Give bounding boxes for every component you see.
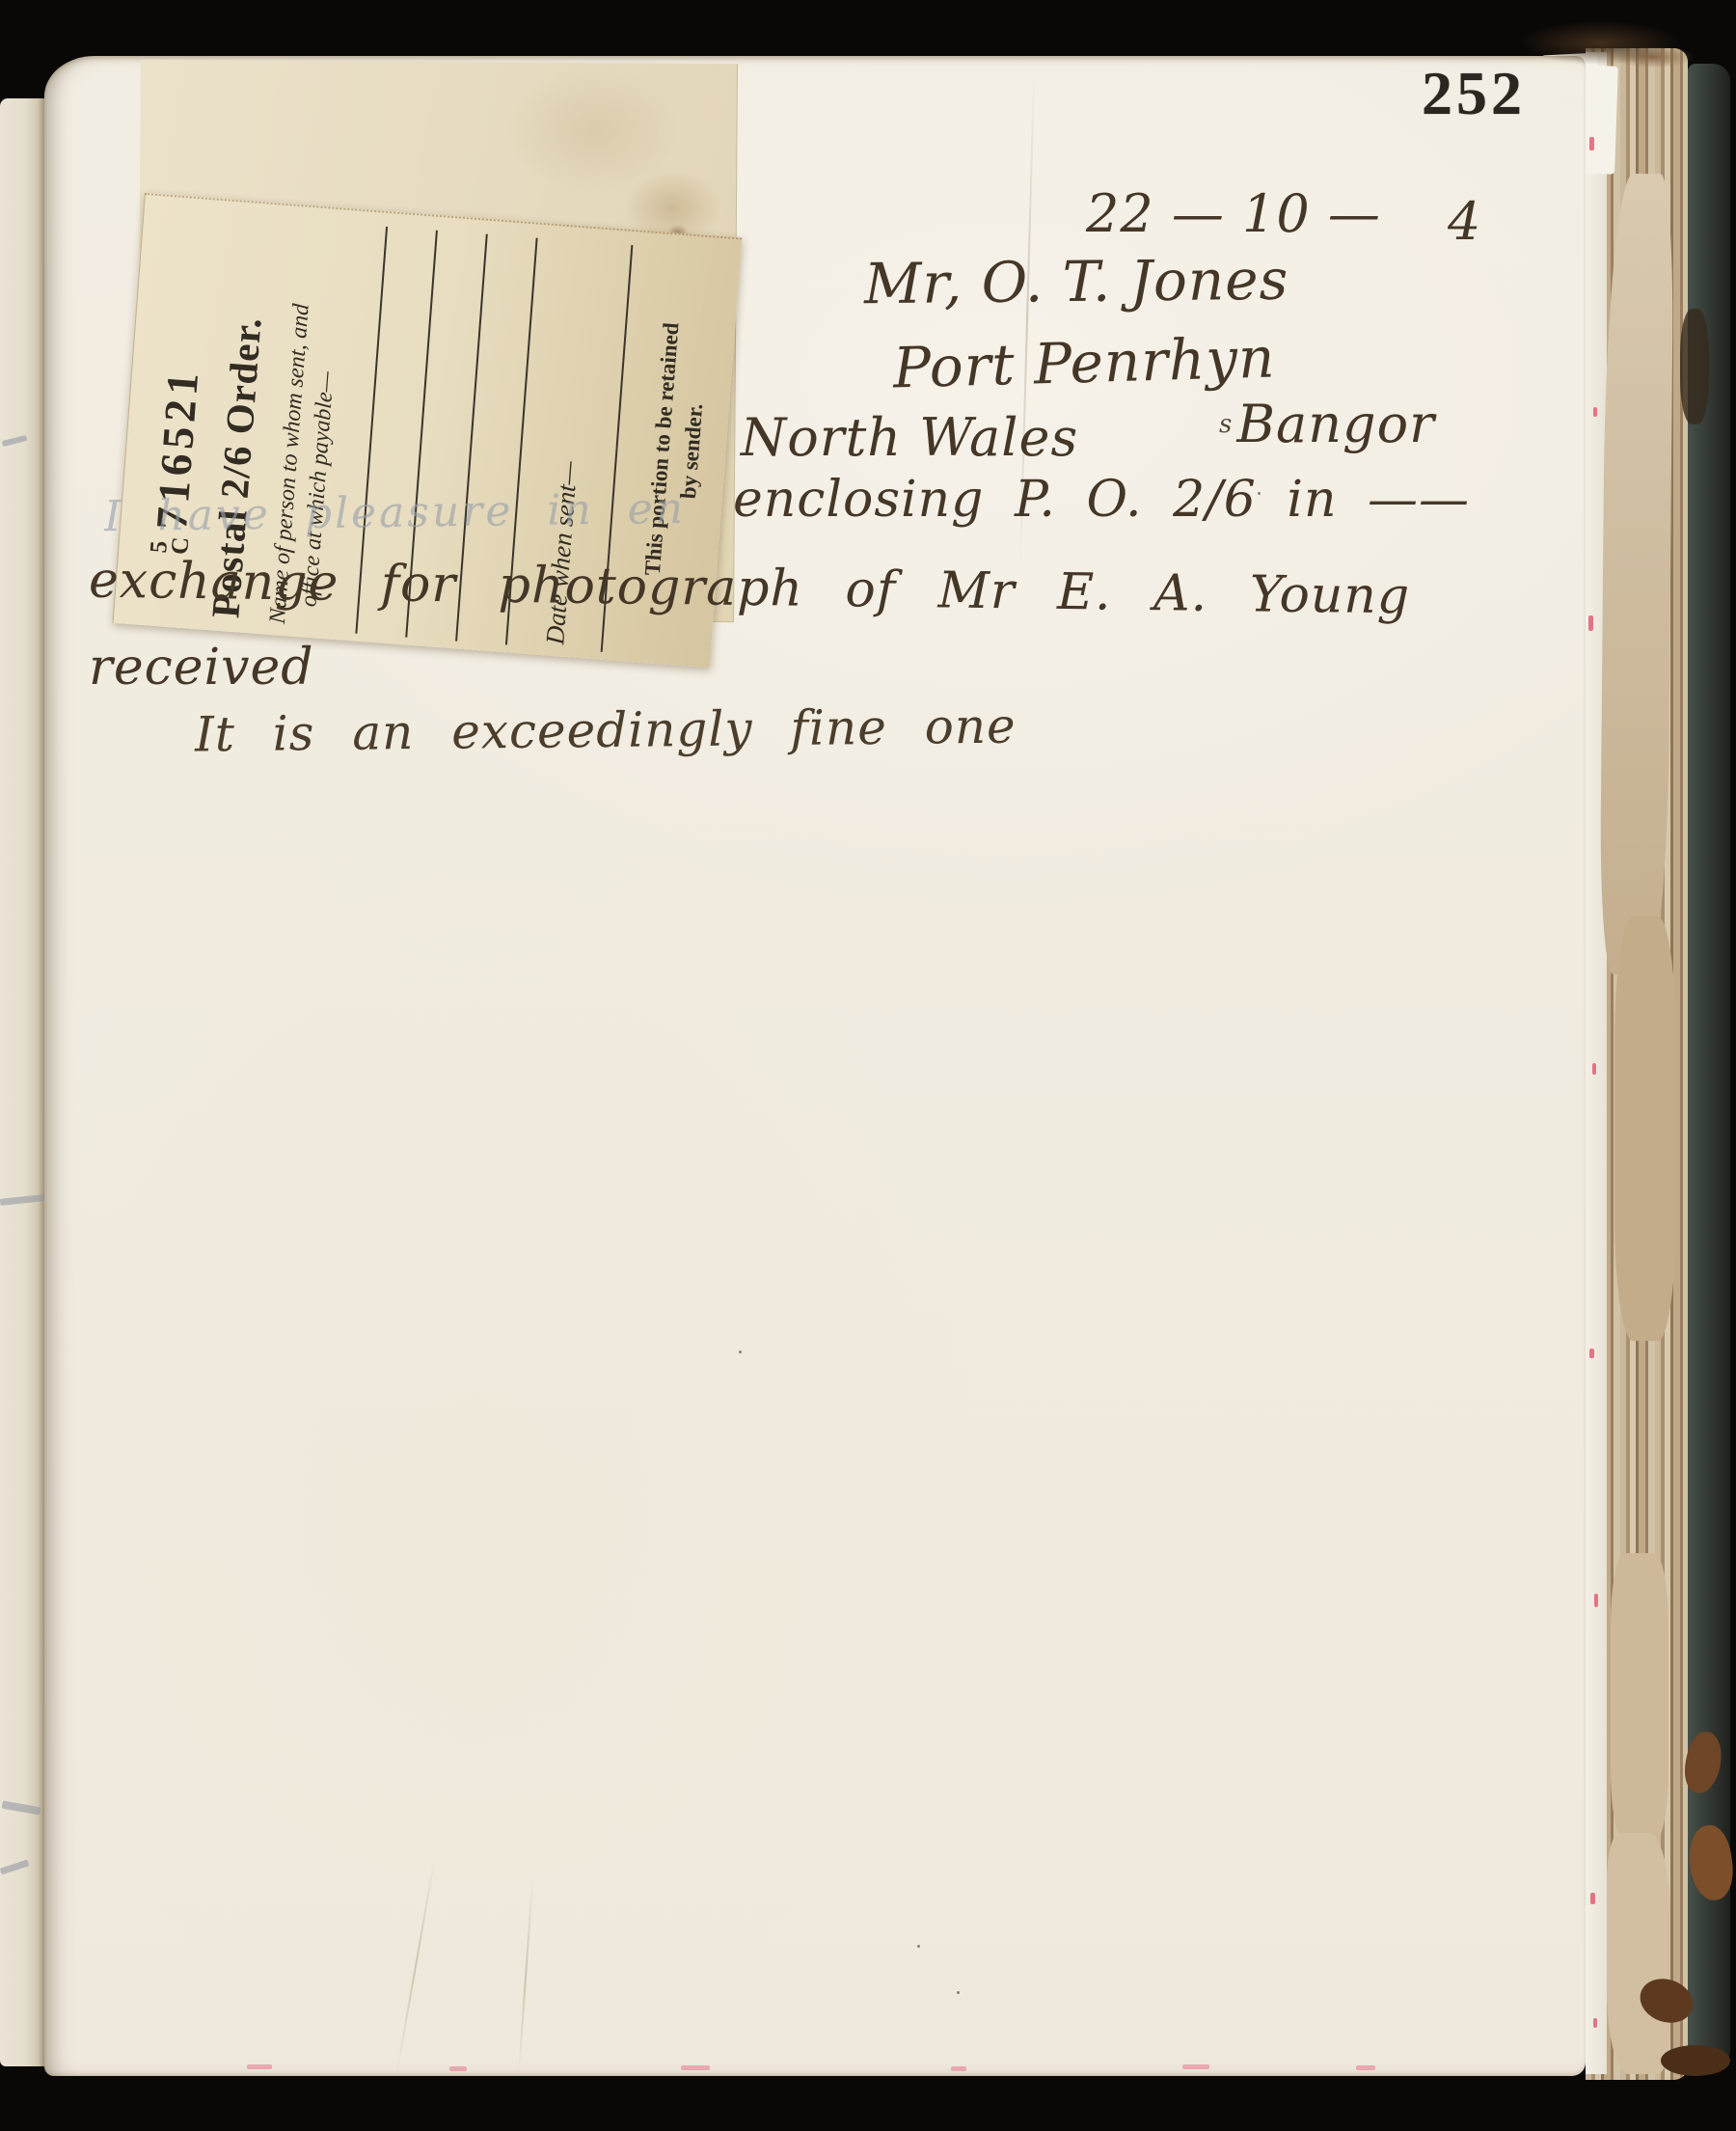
speck <box>739 1351 742 1353</box>
red-edge-stain <box>1356 2065 1375 2070</box>
page-edge-white-strip <box>1586 52 1607 2074</box>
torn-page-edge <box>1607 1833 1670 2074</box>
handwritten-recipient: Mr, O. T. Jones <box>864 247 1289 317</box>
red-edge-fleck <box>1589 137 1594 150</box>
red-edge-stain <box>951 2066 966 2071</box>
speck <box>957 1991 960 1994</box>
page-edge-stack <box>1586 48 1688 2080</box>
handwritten-address-line: Port Penrhyn <box>892 324 1276 400</box>
red-edge-fleck <box>1590 1893 1595 1904</box>
leather-fleck <box>1680 309 1709 424</box>
scanned-album-spread: 252 5 C 716521 Postal 2/6 Order. Name of… <box>0 0 1736 2131</box>
leather-fleck <box>1661 2045 1730 2076</box>
handwritten-town: sBangor <box>1219 394 1435 454</box>
handwritten-date: 22 — 10 — <box>1086 183 1381 244</box>
torn-page-edge <box>1614 916 1676 1341</box>
handwritten-region: North Wales <box>741 407 1078 468</box>
red-edge-fleck <box>1593 407 1597 417</box>
torn-page-edge <box>1611 1553 1668 1843</box>
pencil-mark <box>0 1860 29 1875</box>
red-edge-stain <box>247 2064 272 2069</box>
red-edge-fleck <box>1592 1063 1596 1075</box>
handwritten-body-line-4: It is an exceedingly fine one <box>195 698 1017 763</box>
facing-page-sliver <box>0 98 44 2066</box>
pencil-draft-text: I have pleasure in en <box>104 484 687 541</box>
red-edge-stain <box>449 2066 467 2071</box>
album-page: 252 5 C 716521 Postal 2/6 Order. Name of… <box>44 56 1586 2076</box>
pencil-mark <box>2 435 28 447</box>
red-edge-fleck <box>1589 1349 1594 1358</box>
town-name: Bangor <box>1236 394 1435 454</box>
paper-crease <box>518 1879 533 2076</box>
handwritten-date-year: 4 <box>1448 191 1481 252</box>
paper-crease <box>395 1858 436 2075</box>
pencil-mark <box>2 1801 41 1816</box>
red-edge-stain <box>681 2065 710 2070</box>
cover-debris <box>1505 0 1717 71</box>
red-edge-fleck <box>1593 2018 1597 2028</box>
red-edge-fleck <box>1594 1594 1598 1607</box>
torn-page-edge <box>1599 174 1673 975</box>
handwritten-body-line-1: enclosing P. O. 2/6 in —— <box>733 471 1470 529</box>
red-edge-stain <box>1182 2064 1209 2069</box>
handwritten-body-line-3: received <box>89 639 314 697</box>
speck <box>917 1945 920 1948</box>
insertion-mark: s <box>1219 410 1233 439</box>
red-edge-fleck <box>1588 615 1593 631</box>
